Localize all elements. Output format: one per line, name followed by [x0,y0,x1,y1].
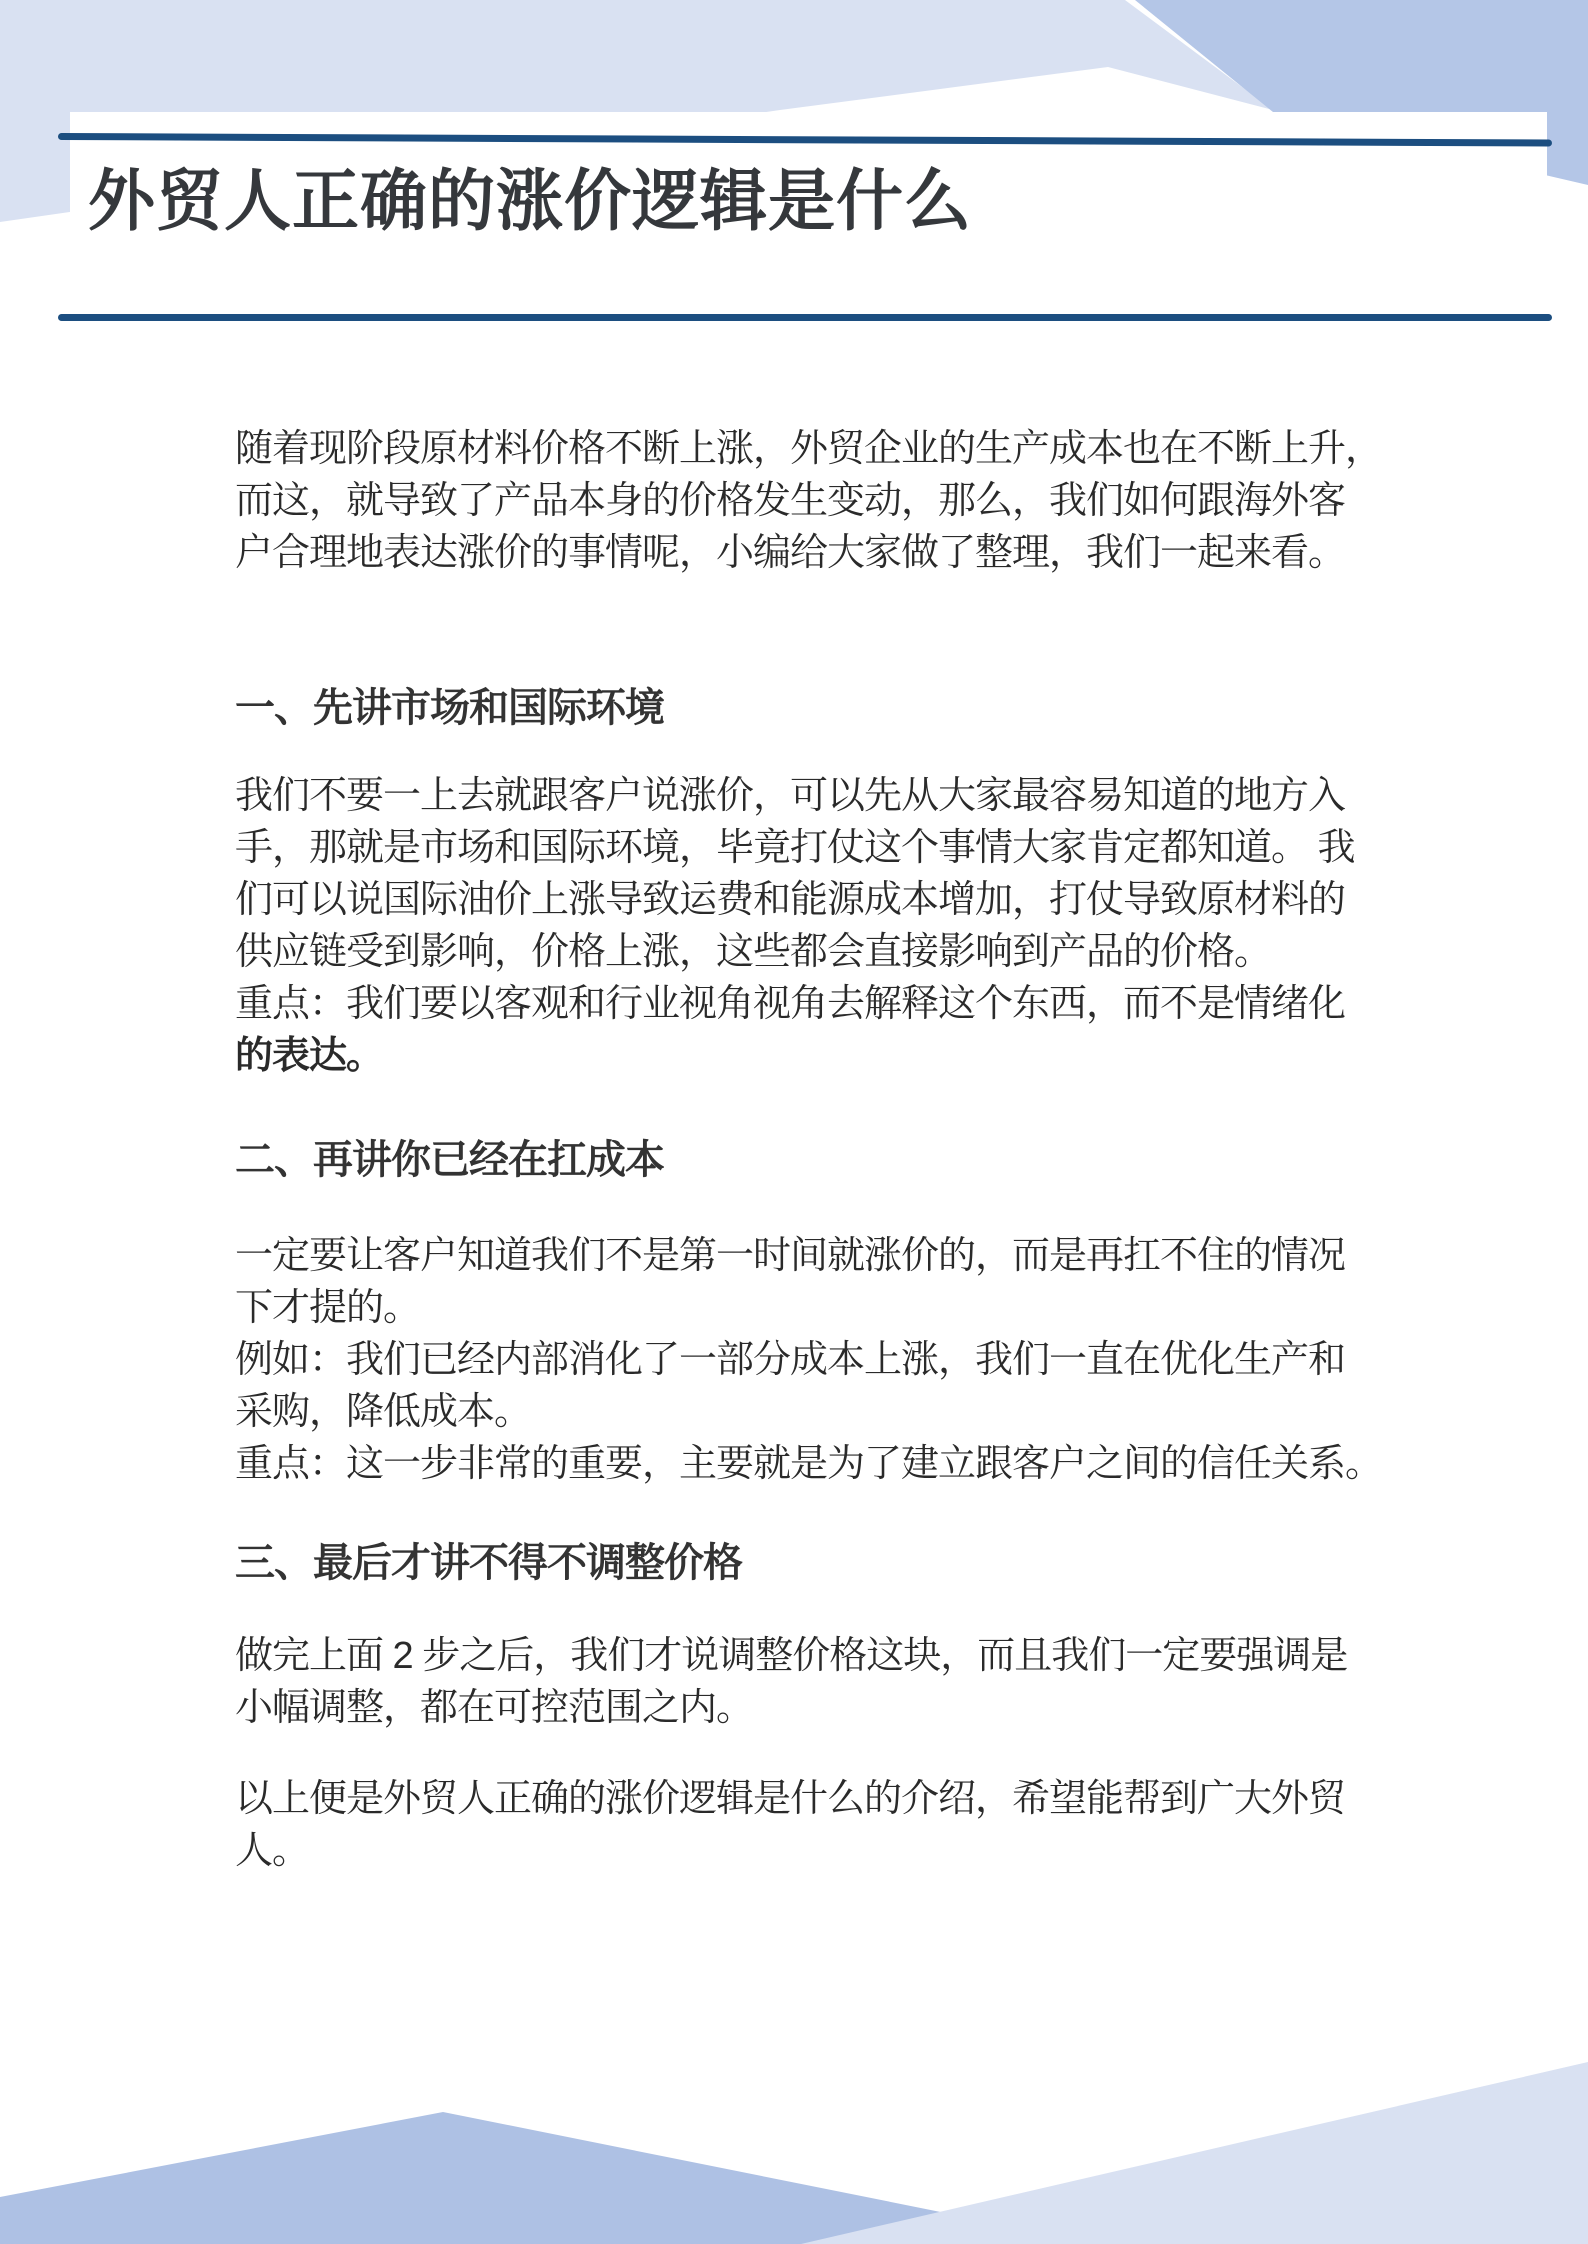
body-line: 重点：我们要以客观和行业视角视角去解释这个东西，而不是情绪化 [235,978,1355,1030]
body-line: 人。 [235,1825,1345,1877]
intro-paragraph: 随着现阶段原材料价格不断上涨，外贸企业的生产成本也在不断上升， 而这，就导致了产… [235,423,1382,579]
body-line: 下才提的。 [235,1282,1382,1334]
body-line: 例如：我们已经内部消化了一部分成本上涨，我们一直在优化生产和 [235,1334,1382,1386]
body-line: 们可以说国际油价上涨导致运费和能源成本增加，打仗导致原材料的 [235,874,1355,926]
body-line: 我们不要一上去就跟客户说涨价，可以先从大家最容易知道的地方入 [235,770,1355,822]
body-line: 以上便是外贸人正确的涨价逻辑是什么的介绍，希望能帮到广大外贸 [235,1773,1345,1825]
body-line: 手，那就是市场和国际环境，毕竟打仗这个事情大家肯定都知道。 我 [235,822,1355,874]
body-line: 供应链受到影响，价格上涨，这些都会直接影响到产品的价格。 [235,926,1355,978]
title-rule-bottom [58,314,1552,321]
body-line: 重点：这一步非常的重要，主要就是为了建立跟客户之间的信任关系。 [235,1438,1382,1490]
bottom-decoration [0,1900,1588,2244]
section-paragraph-1: 我们不要一上去就跟客户说涨价，可以先从大家最容易知道的地方入 手，那就是市场和国… [235,770,1355,1082]
body-line: 一定要让客户知道我们不是第一时间就涨价的，而是再扛不住的情况 [235,1230,1382,1282]
section-paragraph-3: 做完上面 2 步之后，我们才说调整价格这块，而且我们一定要强调是 小幅调整，都在… [235,1630,1347,1734]
body-line: 做完上面 2 步之后，我们才说调整价格这块，而且我们一定要强调是 [235,1630,1347,1682]
body-line: 随着现阶段原材料价格不断上涨，外贸企业的生产成本也在不断上升， [235,423,1382,475]
section-heading-1: 一、先讲市场和国际环境 [235,683,664,733]
body-line: 采购，降低成本。 [235,1386,1382,1438]
body-line: 而这，就导致了产品本身的价格发生变动，那么，我们如何跟海外客 [235,475,1382,527]
page-title: 外贸人正确的涨价逻辑是什么 [88,167,972,237]
body-line-bold: 的表达。 [235,1030,1355,1082]
section-heading-2: 二、再讲你已经在扛成本 [235,1135,664,1185]
outro-paragraph: 以上便是外贸人正确的涨价逻辑是什么的介绍，希望能帮到广大外贸 人。 [235,1773,1345,1877]
body-line: 户合理地表达涨价的事情呢，小编给大家做了整理，我们一起来看。 [235,527,1382,579]
document-page: 外贸人正确的涨价逻辑是什么 随着现阶段原材料价格不断上涨，外贸企业的生产成本也在… [0,0,1588,2244]
section-paragraph-2: 一定要让客户知道我们不是第一时间就涨价的，而是再扛不住的情况 下才提的。 例如：… [235,1230,1382,1490]
body-line: 小幅调整，都在可控范围之内。 [235,1682,1347,1734]
section-heading-3: 三、最后才讲不得不调整价格 [235,1538,742,1588]
